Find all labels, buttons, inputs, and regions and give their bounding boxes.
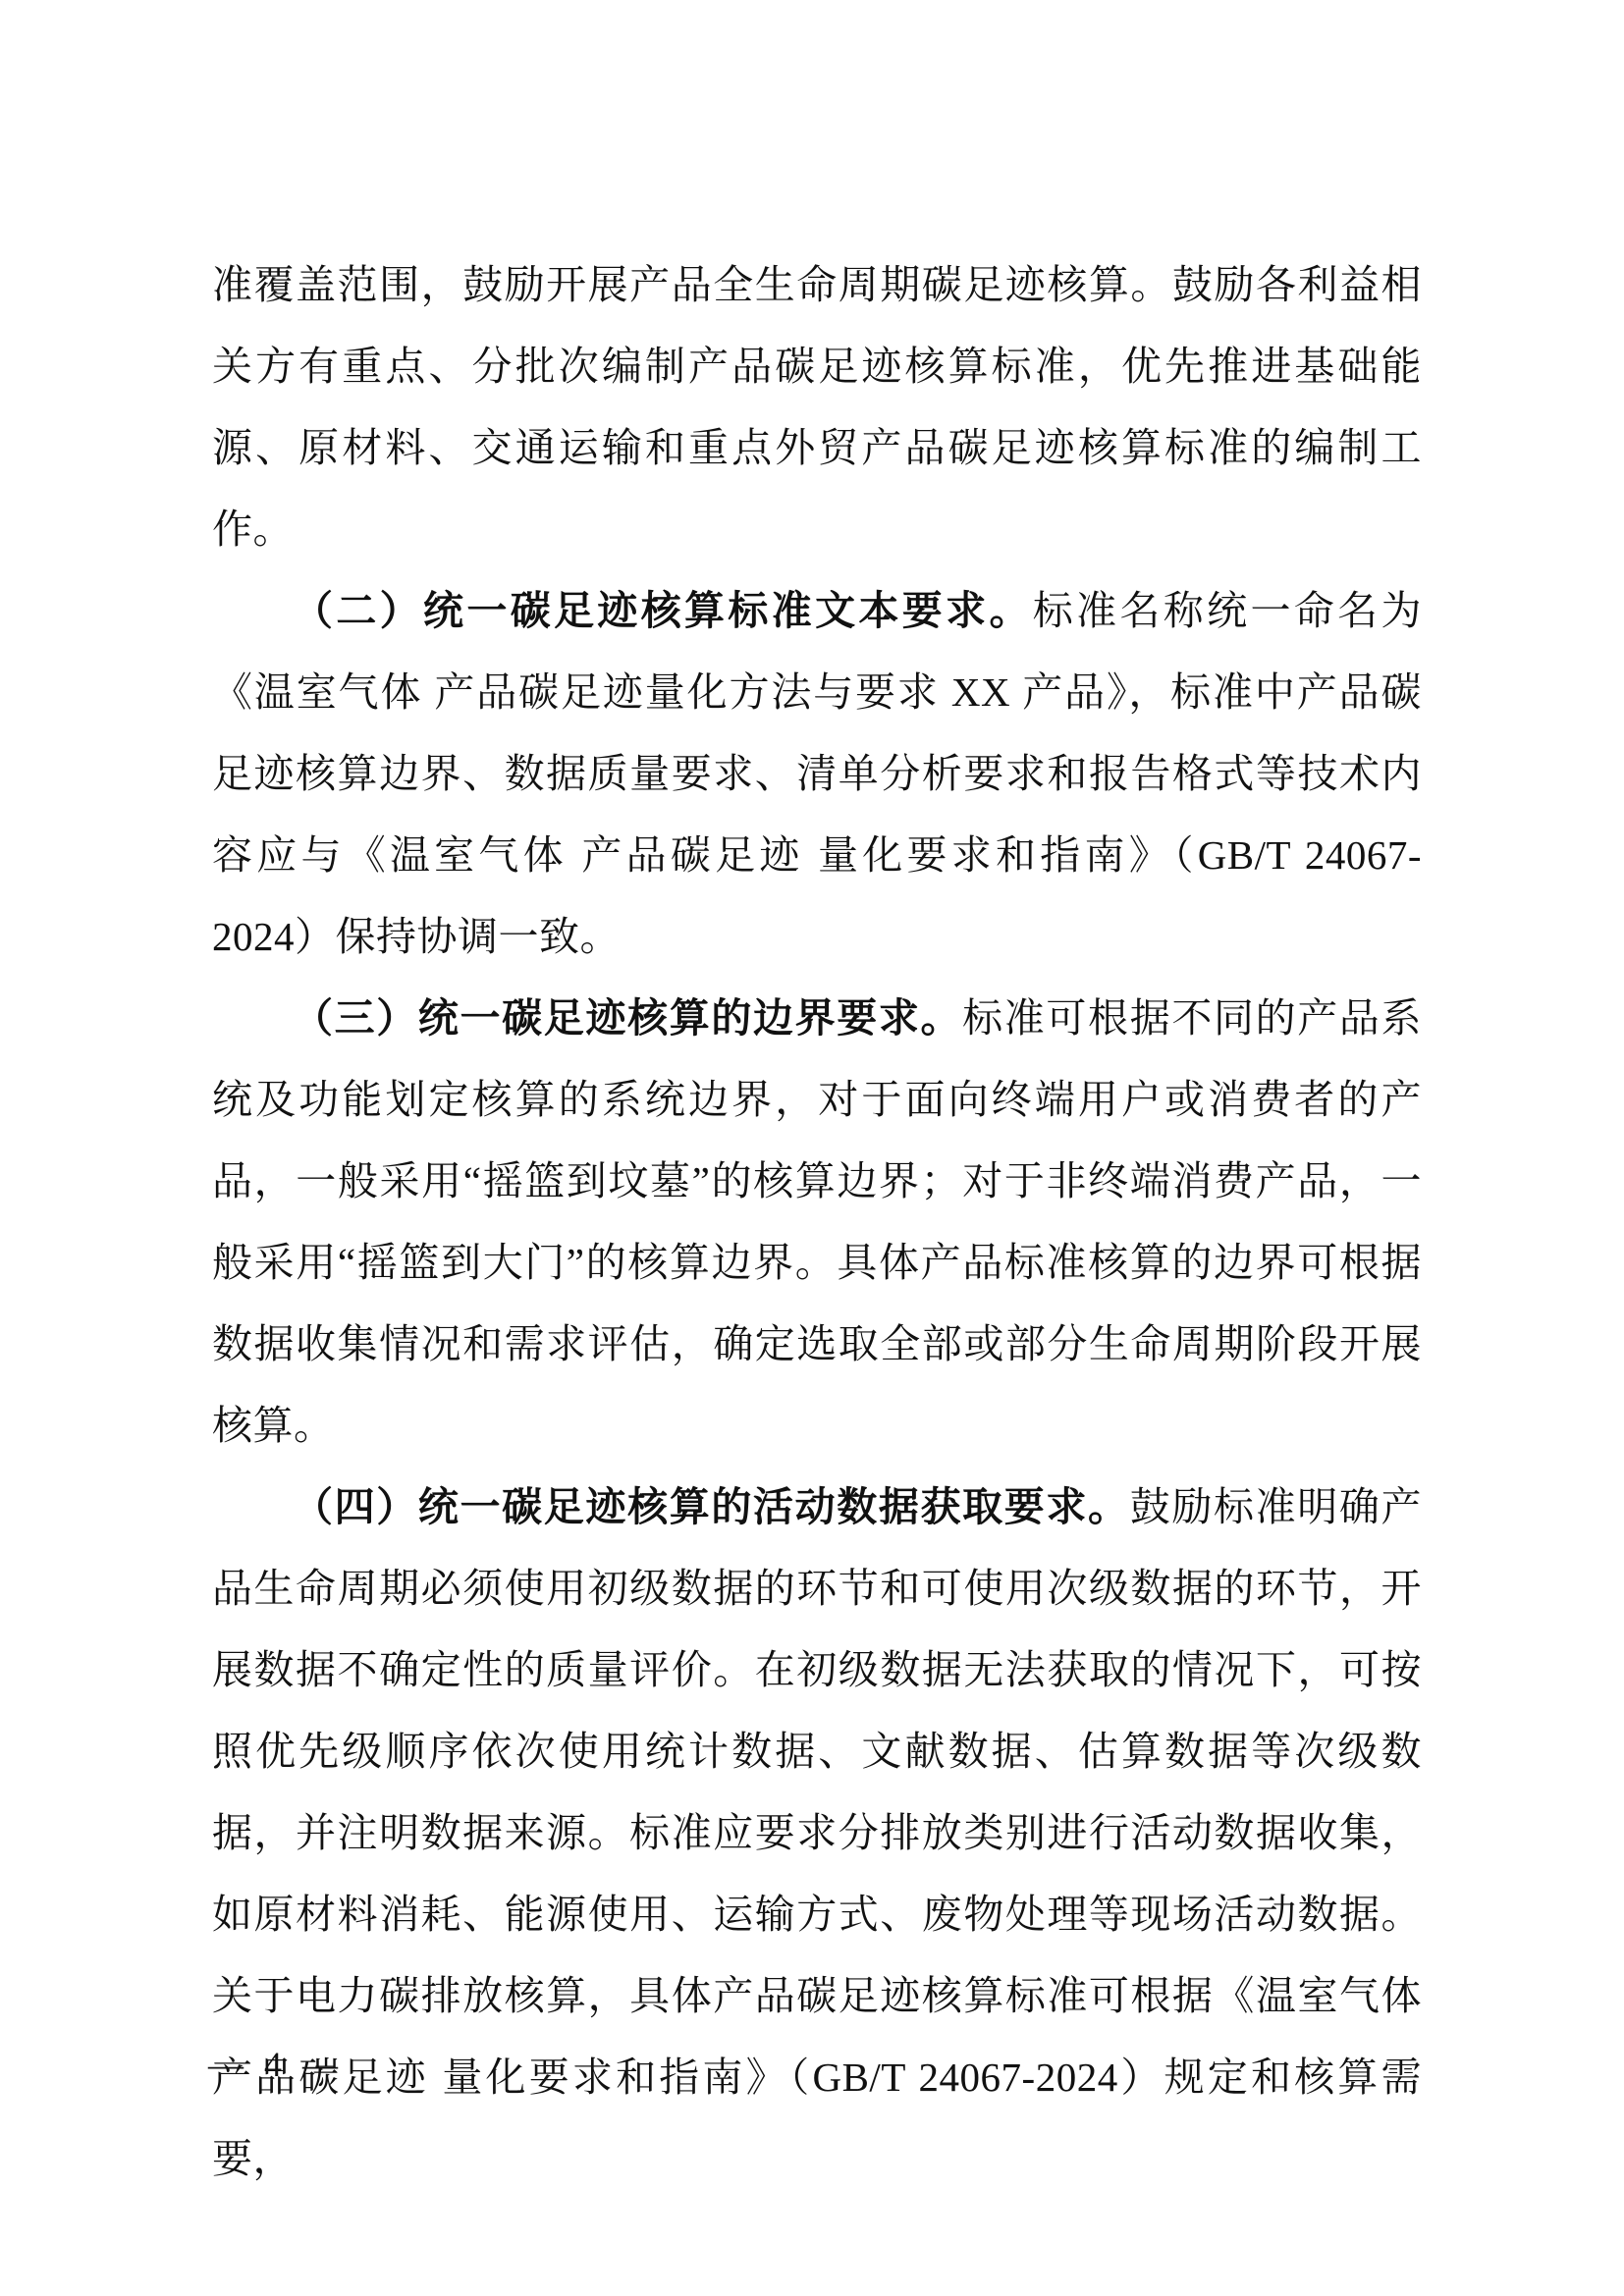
section-heading: （三）统一碳足迹核算的边界要求。 (293, 995, 962, 1041)
body-text: 准覆盖范围，鼓励开展产品全生命周期碳足迹核算。鼓励各利益相关方有重点、分批次编制… (212, 262, 1422, 552)
paragraph-1: 准覆盖范围，鼓励开展产品全生命周期碳足迹核算。鼓励各利益相关方有重点、分批次编制… (212, 244, 1422, 570)
section-heading: （二）统一碳足迹核算标准文本要求。 (293, 588, 1033, 633)
paragraph-2: （二）统一碳足迹核算标准文本要求。标准名称统一命名为《温室气体 产品碳足迹量化方… (212, 570, 1422, 978)
section-heading: （四）统一碳足迹核算的活动数据获取要求。 (293, 1484, 1130, 1529)
body-text: 标准可根据不同的产品系统及功能划定核算的系统边界，对于面向终端用户或消费者的产品… (212, 995, 1422, 1448)
page-number: — 4 — (208, 2044, 344, 2085)
paragraph-4: （四）统一碳足迹核算的活动数据获取要求。鼓励标准明确产品生命周期必须使用初级数据… (212, 1467, 1422, 2200)
body-text: 标准名称统一命名为《温室气体 产品碳足迹量化方法与要求 XX 产品》，标准中产品… (212, 588, 1422, 959)
body-text: 鼓励标准明确产品生命周期必须使用初级数据的环节和可使用次级数据的环节，开展数据不… (212, 1484, 1422, 2181)
document-page: 准覆盖范围，鼓励开展产品全生命周期碳足迹核算。鼓励各利益相关方有重点、分批次编制… (0, 0, 1624, 2296)
document-body: 准覆盖范围，鼓励开展产品全生命周期碳足迹核算。鼓励各利益相关方有重点、分批次编制… (212, 244, 1422, 2200)
paragraph-3: （三）统一碳足迹核算的边界要求。标准可根据不同的产品系统及功能划定核算的系统边界… (212, 978, 1422, 1467)
